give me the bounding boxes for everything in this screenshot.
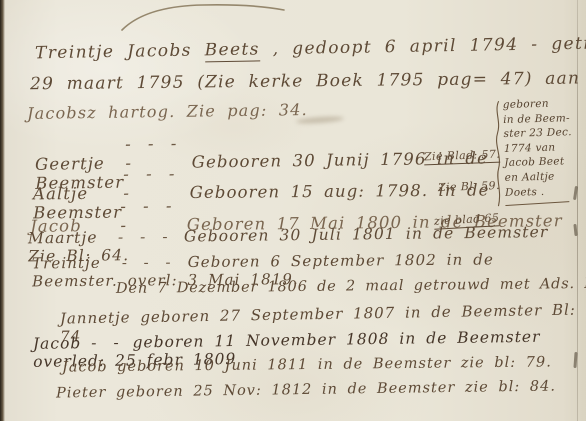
ink-flourish: [118, 0, 288, 34]
baptism-marriage-text: , gedoopt 6 april 1794 - getrouwd: [272, 33, 586, 59]
child-name: Jacob: [33, 334, 82, 353]
given-names: Treintje Jacobs: [35, 41, 192, 64]
manuscript-page: Treintje Jacobs Beets , gedoopt 6 april …: [0, 0, 586, 421]
birth-text: geboren 10 Juni 1811 in de Beemster zie …: [117, 354, 552, 375]
surname: Beets: [204, 39, 260, 62]
child-row-pieter: Pieter geboren 25 Nov: 1812 in de Beemst…: [56, 379, 556, 402]
birth-text: geboren 25 Nov: 1812 in de Beemster zie …: [116, 379, 556, 401]
dash-leader: - -: [91, 334, 123, 352]
entry-header-line-1: Treintje Jacobs Beets , gedoopt 6 april …: [35, 33, 586, 64]
page-ref: Zie Bl: 59.: [438, 179, 500, 194]
dash-leader: - - -: [122, 253, 178, 271]
child-name: Jacob: [62, 359, 108, 375]
child-name: Treintje: [32, 254, 112, 273]
child-name: Maartje: [28, 228, 108, 247]
dash-leader: - - -: [118, 228, 174, 247]
child-name: Jannetje: [60, 308, 131, 327]
entry-header-line-3: Jacobsz hartog. Zie pag: 34.: [27, 100, 308, 123]
child-name: Pieter: [56, 385, 107, 402]
entry-header-line-2: 29 maart 1795 (Zie kerke Boek 1795 pag= …: [30, 68, 586, 95]
scan-left-edge: [0, 0, 5, 421]
